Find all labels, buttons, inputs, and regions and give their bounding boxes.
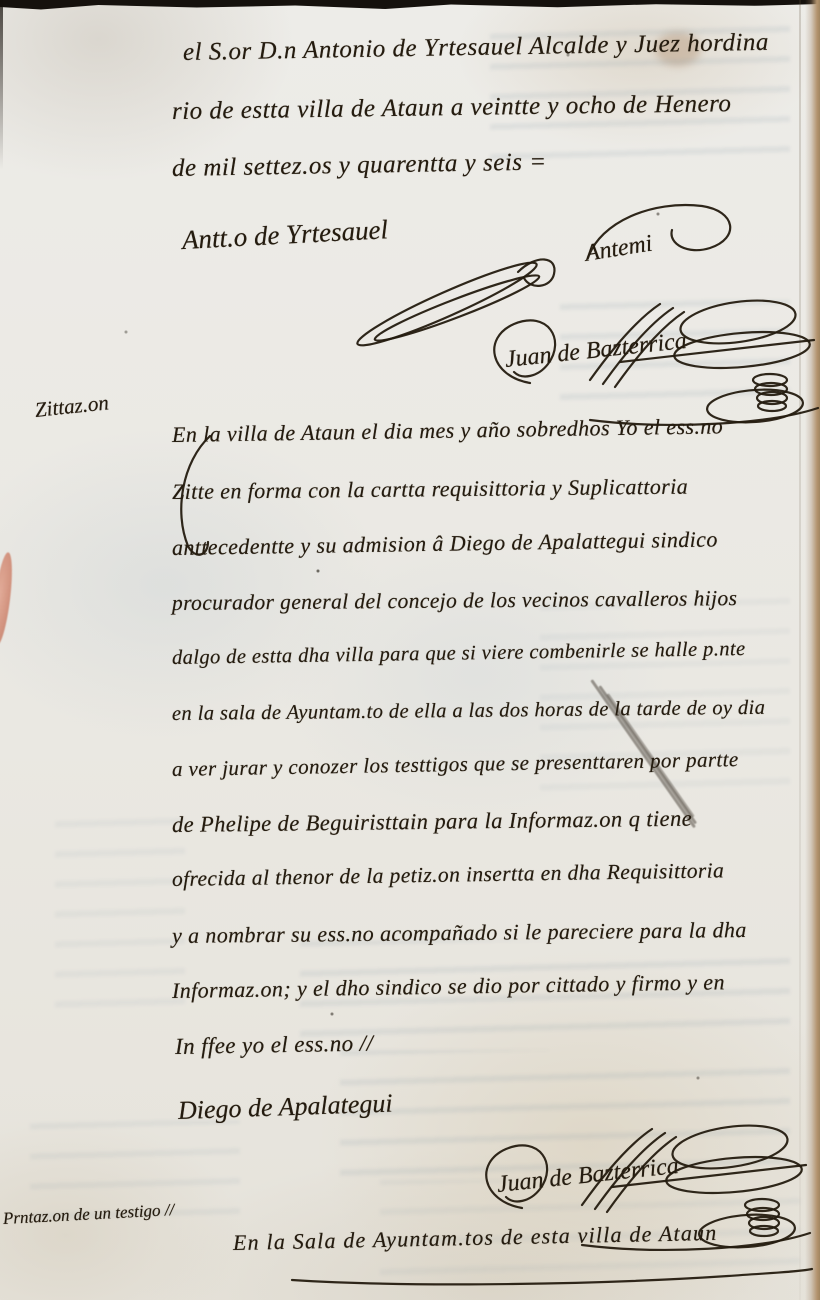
heading-line-3: de mil settez.os y quarentta y seis =: [172, 149, 547, 181]
manuscript-page: el S.or D.n Antonio de Yrtesauel Alcalde…: [0, 0, 820, 1300]
margin-note-citacion: Zittaz.on: [34, 392, 110, 421]
body-line: procurador general del concejo de los ve…: [172, 588, 738, 614]
body-line: y a nombrar su ess.no acompañado si le p…: [172, 919, 747, 947]
scan-edge-left: [0, 0, 3, 170]
body-line: anttecedentte y su admision â Diego de A…: [172, 528, 718, 559]
bleedthrough-ghost: [55, 800, 185, 1020]
body-line: de Phelipe de Beguiristtain para la Info…: [172, 808, 692, 837]
body-line: Zitte en forma con la cartta requisittor…: [172, 476, 688, 503]
page-crease: [799, 0, 801, 1300]
body-line: ofrecida al thenor de la petiz.on insert…: [172, 860, 725, 890]
body-line: In ffee yo el ess.no //: [175, 1032, 374, 1058]
scan-edge-top: [0, 0, 820, 10]
closing-underline: [288, 1266, 818, 1290]
page-edge-right: [805, 0, 820, 1300]
fingertip: [0, 551, 16, 646]
body-line: En la villa de Ataun el dia mes y año so…: [172, 415, 723, 446]
